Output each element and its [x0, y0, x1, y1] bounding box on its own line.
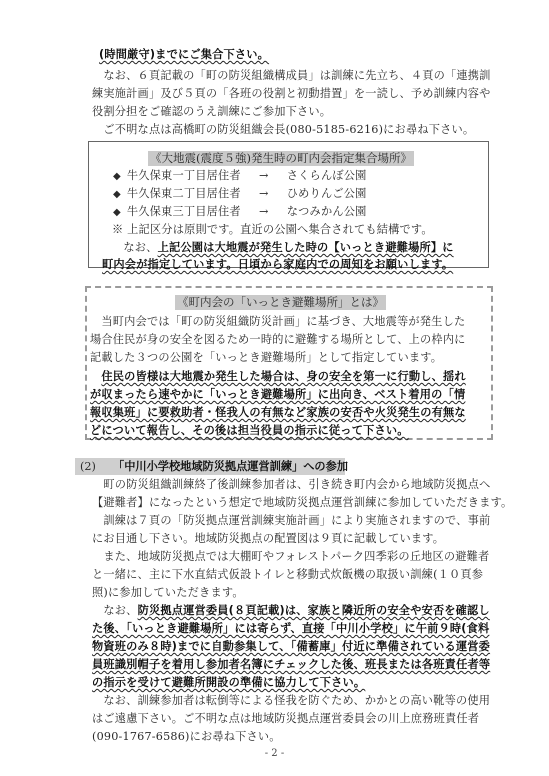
- section2-line: にお目通し下さい。地域防災拠点の配置図は９頁に記載しています。: [92, 531, 444, 547]
- section2-emphasis-line: 物資班のみ８時)までに自動参集して、「備蓄庫」付近に準備されている運営委: [92, 639, 490, 655]
- park-name: ひめりんご公園: [287, 186, 367, 202]
- assembly-entry: ◆牛久保東二丁目居住者→ひめりんご公園: [113, 186, 367, 203]
- assembly-note: ※ 上記区分は原則です。直近の公園へ集合されても結構です。: [112, 222, 433, 238]
- area-label: 牛久保東三丁目居住者: [127, 205, 241, 218]
- arrow-icon: →: [241, 204, 287, 220]
- assembly-box-title: 《大地震(震度５強)発生時の町内会指定集合場所》: [148, 151, 414, 166]
- temporary-emphasis-line: 住民の皆様は大地震か発生した場合は、身の安全を第一に行動し、揺れ: [90, 369, 466, 385]
- arrow-icon: →: [241, 168, 287, 184]
- section2-line: なお、訓練参加者は転倒等による怪我を防ぐため、かかとの高い靴等の使用: [92, 693, 490, 709]
- section-heading: 「中川小学校地域防災拠点運営訓練」への参加: [113, 458, 348, 475]
- assembly-closing-line: 町内会が指定しています。日頃から家庭内での周知をお願いします。: [102, 257, 453, 273]
- park-name: なつみかん公園: [287, 204, 367, 220]
- intro-paragraph-line: 役割分担をご確認のうえ訓練にご参加下さい。: [92, 104, 331, 120]
- section-number: (2): [80, 458, 96, 475]
- section2-emphasis-line: 員班識別帽子を着用し参加者名簿にチェックした後、班長または各班責任者等: [92, 657, 490, 673]
- temporary-paragraph-line: 当町内会では「町の防災組織防災計画」に基づき、大地震等が発生した: [90, 314, 465, 330]
- temporary-emphasis-line: 報収集班」に要救助者・怪我人の有無など家族の安否や火災発生の有無な: [90, 405, 466, 421]
- assembly-entry: ◆牛久保東三丁目居住者→なつみかん公園: [113, 204, 367, 221]
- intro-paragraph-line: なお、６頁記載の「町の防災組織構成員」は訓練に先立ち、４頁の「連携訓: [92, 68, 491, 84]
- section2-line: と一緒に、主に下水直結式仮設トイレと移動式炊飯機の取扱い訓練(１０頁参: [92, 567, 483, 583]
- section2-line: 訓練は７頁の「防災拠点運営訓練実施計画」により実施されますので、事前: [92, 513, 490, 529]
- area-label: 牛久保東一丁目居住者: [127, 169, 241, 182]
- contact-note: ご不明な点は高橋町の防災組織会長(080-5185-6216)にお尋ね下さい。: [92, 122, 474, 138]
- diamond-bullet-icon: ◆: [113, 189, 121, 200]
- section2-line: (090-1767-6586)にお尋ね下さい。: [92, 729, 281, 745]
- deadline-note: (時間厳守)までにご集合下さい。: [99, 47, 269, 63]
- section2-emphasis-line: た後、「いっとき避難場所」には寄らず、直接「中川小学校」に午前９時(食料: [92, 621, 489, 637]
- section2-line: 照)に参加していただきます。: [92, 585, 244, 601]
- diamond-bullet-icon: ◆: [113, 171, 121, 182]
- section2-emphasis-line: の指示を受けて避難所開設の準備に協力して下さい。: [92, 675, 365, 691]
- emphasis-text: 上記公園は大地震が発生した時の【いっとき避難場所】に: [158, 241, 454, 254]
- section2-line: はご遠慮下さい。ご不明な点は地域防災拠点運営委員会の川上庶務班責任者: [92, 711, 479, 727]
- temporary-paragraph-line: 場合住民が身の安全を図るため一時的に避難する場所として、上の枠内に: [90, 332, 466, 348]
- park-name: さくらんぼ公園: [287, 168, 367, 184]
- temporary-emphasis-line: が収まったら速やかに「いっとき避難場所」に出向き、ベスト着用の「情: [90, 387, 465, 403]
- section2-line: 【避難者】になったという想定で地域防災拠点運営訓練に参加していただきます。: [92, 495, 512, 511]
- assembly-closing-line: なお、上記公園は大地震が発生した時の【いっとき避難場所】に: [112, 240, 454, 256]
- temporary-emphasis-line: どについて報告し、その後は担当役員の指示に従って下さい。: [90, 423, 409, 439]
- diamond-bullet-icon: ◆: [113, 207, 121, 218]
- section2-line: なお、防災拠点運営委員(８頁記載)は、家族と隣近所の安全や安否を確認し: [92, 603, 490, 619]
- temporary-box-title: 《町内会の「いっとき避難場所」とは》: [175, 295, 386, 310]
- section2-line: 町の防災組織訓練終了後訓練参加者は、引き続き町内会から地域防災拠点へ: [92, 477, 491, 493]
- page-number: - 2 -: [0, 748, 549, 759]
- temporary-paragraph-line: 記載した３つの公園を「いっとき避難場所」として指定しています。: [90, 350, 442, 366]
- area-label: 牛久保東二丁目居住者: [127, 187, 241, 200]
- arrow-icon: →: [241, 186, 287, 202]
- assembly-entry: ◆牛久保東一丁目居住者→さくらんぼ公園: [113, 168, 367, 185]
- intro-paragraph-line: 練実施計画」及び５頁の「各班の役割と初動措置」を一読し、予め訓練内容や: [92, 86, 491, 102]
- section2-line: また、地域防災拠点では大棚町やフォレストパーク四季彩の丘地区の避難者: [92, 549, 489, 565]
